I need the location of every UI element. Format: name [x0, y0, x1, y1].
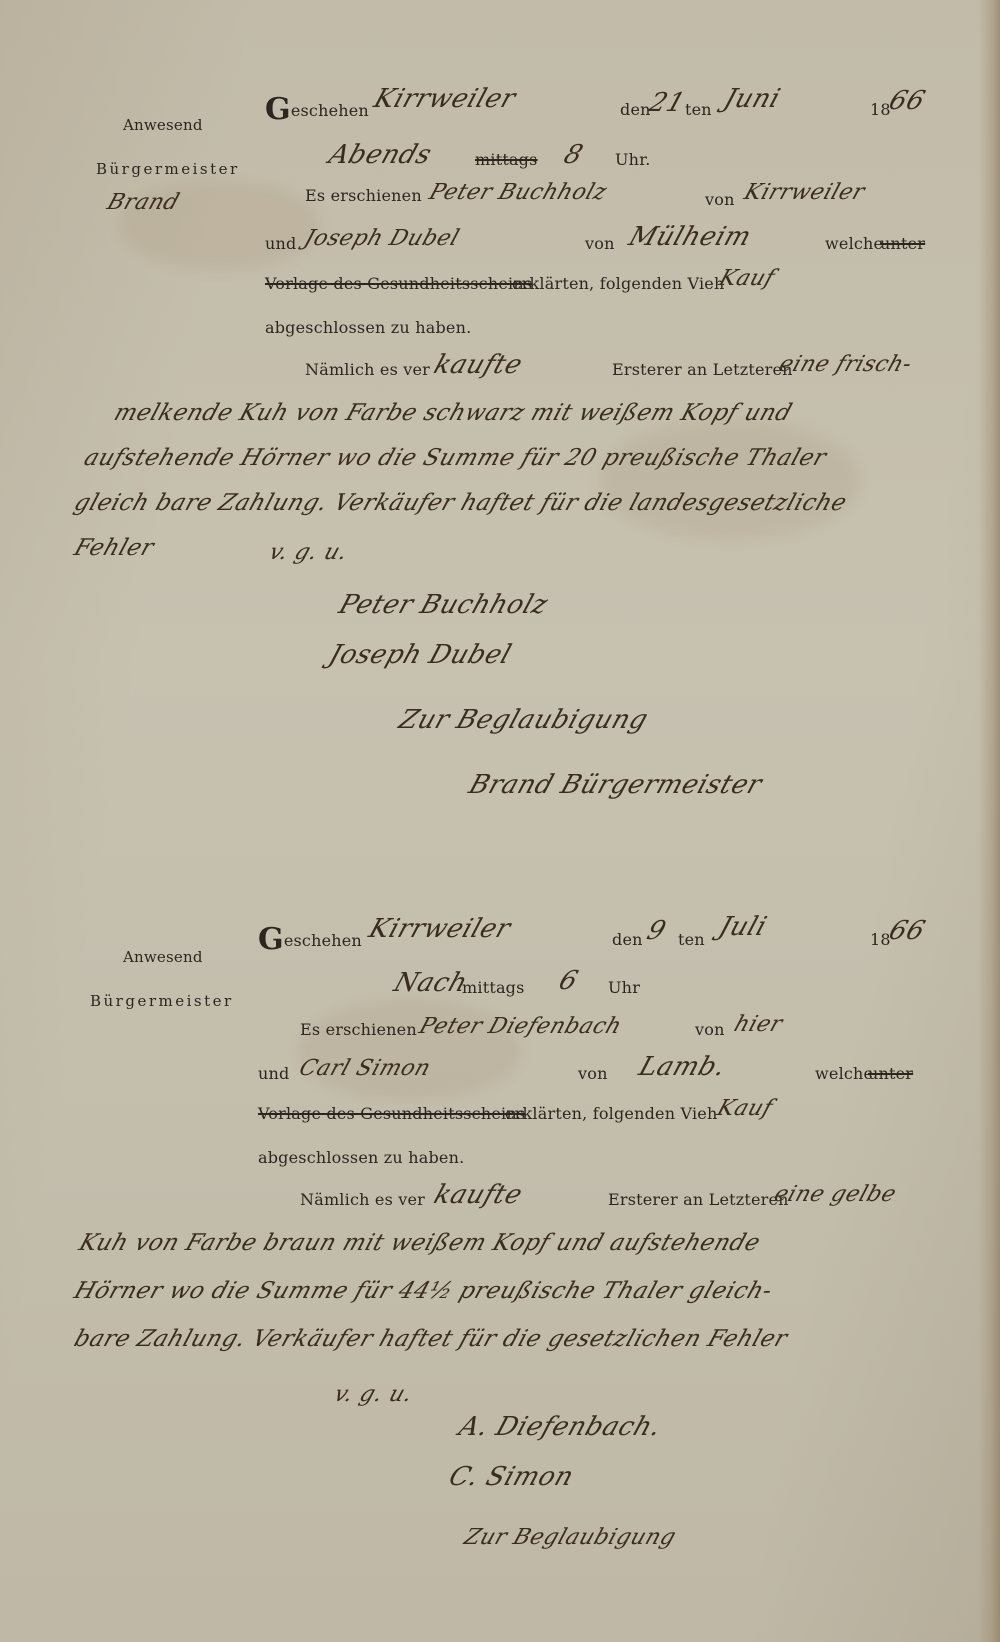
mittags-struck: mittags	[475, 150, 538, 169]
den-label: den	[612, 930, 643, 949]
day-handwritten: 9	[643, 916, 670, 946]
signature-attestation: Zur Beglaubigung	[461, 1525, 679, 1550]
body-line-1: melkende Kuh von Farbe schwarz mit weiße…	[111, 400, 796, 426]
body-line-4: Fehler	[71, 535, 158, 561]
person1-place-handwritten: hier	[731, 1012, 786, 1037]
paper-stain	[600, 420, 860, 540]
vorlage-struck: Vorlage des Gesundheitsscheins	[258, 1104, 525, 1123]
verb-handwritten: kaufte	[430, 350, 526, 380]
von-label-2: von	[578, 1064, 608, 1083]
month-handwritten: Juli	[715, 912, 771, 942]
welche-label: welche	[815, 1064, 873, 1083]
signature-2: C. Simon	[445, 1462, 577, 1492]
signature-1: Peter Buchholz	[335, 590, 552, 620]
body-start-handwritten: eine gelbe	[771, 1182, 900, 1207]
document-page: Anwesend Bürgermeister Brand Geschehen K…	[0, 0, 1000, 1642]
margin-mayor-name: Brand	[104, 190, 183, 215]
uhr-label: Uhr	[608, 978, 640, 997]
body-line-2: Hörner wo die Summe für 44½ preußische T…	[71, 1278, 776, 1304]
ten-label: ten	[678, 930, 705, 949]
closing-vgu: v. g. u.	[266, 540, 351, 565]
month-handwritten: Juni	[720, 84, 784, 114]
person1-place-handwritten: Kirrweiler	[741, 180, 868, 205]
vorlage-struck: Vorlage des Gesundheitsscheins	[265, 274, 532, 293]
body-line-3: gleich bare Zahlung. Verkäufer haftet fü…	[71, 490, 850, 516]
ersterer-label: Ersterer an Letzteren	[612, 360, 793, 379]
von-label-1: von	[695, 1020, 725, 1039]
body-start-handwritten: eine frisch-	[776, 352, 915, 377]
person2-place-handwritten: Lamb.	[635, 1052, 730, 1082]
closing-vgu: v. g. u.	[331, 1382, 416, 1407]
person1-handwritten: Peter Buchholz	[426, 180, 610, 205]
hour-handwritten: 6	[555, 966, 582, 996]
und-label: und	[265, 234, 296, 253]
person2-place-handwritten: Mülheim	[625, 222, 755, 252]
place-handwritten: Kirrweiler	[365, 914, 514, 944]
year-suffix-handwritten: 66	[885, 86, 929, 116]
geschehen-label: Geschehen	[265, 92, 369, 127]
year-suffix-handwritten: 66	[885, 916, 929, 946]
geschehen-label: Geschehen	[258, 922, 362, 957]
erklaerten-label: erklärten, folgenden Vieh	[505, 1104, 717, 1123]
margin-present-label: Anwesend	[123, 116, 203, 134]
erklaerten-label: erklärten, folgenden Vieh	[512, 274, 724, 293]
abgeschlossen-label: abgeschlossen zu haben.	[265, 318, 471, 337]
time-of-day-handwritten: Abends	[325, 140, 435, 170]
person1-handwritten: Peter Diefenbach	[416, 1014, 625, 1039]
naemlich-label: Nämlich es ver	[300, 1190, 425, 1209]
naemlich-label: Nämlich es ver	[305, 360, 430, 379]
von-label-2: von	[585, 234, 615, 253]
welche-label: welche	[825, 234, 883, 253]
vieh-type-handwritten: Kauf	[714, 1096, 776, 1121]
body-line-3: bare Zahlung. Verkäufer haftet für die g…	[71, 1326, 791, 1352]
ersterer-label: Ersterer an Letzteren	[608, 1190, 789, 1209]
unter-struck: unter	[880, 234, 925, 253]
day-handwritten: 21	[645, 88, 689, 118]
und-label: und	[258, 1064, 289, 1083]
abgeschlossen-label: abgeschlossen zu haben.	[258, 1148, 464, 1167]
body-line-1: Kuh von Farbe braun mit weißem Kopf und …	[76, 1230, 764, 1256]
uhr-label: Uhr.	[615, 150, 651, 169]
margin-present-label: Anwesend	[123, 948, 203, 966]
page-edge-shadow	[978, 0, 1000, 1642]
mittags-label: mittags	[462, 978, 525, 997]
person2-handwritten: Joseph Dubel	[301, 226, 463, 251]
es-erschienen-label: Es erschienen	[300, 1020, 417, 1039]
signature-1: A. Diefenbach.	[455, 1412, 665, 1442]
vieh-type-handwritten: Kauf	[716, 266, 778, 291]
place-handwritten: Kirrweiler	[370, 84, 519, 114]
unter-struck: unter	[868, 1064, 913, 1083]
es-erschienen-label: Es erschienen	[305, 186, 422, 205]
ten-label: ten	[685, 100, 712, 119]
signature-2: Joseph Dubel	[325, 640, 515, 670]
signature-attestation: Zur Beglaubigung	[395, 705, 652, 735]
time-prefix-handwritten: Nach	[390, 968, 471, 998]
von-label-1: von	[705, 190, 735, 209]
hour-handwritten: 8	[560, 140, 587, 170]
person2-handwritten: Carl Simon	[296, 1056, 434, 1081]
verb-handwritten: kaufte	[430, 1180, 526, 1210]
margin-mayor-label: Bürgermeister	[90, 992, 234, 1010]
body-line-2: aufstehende Hörner wo die Summe für 20 p…	[81, 445, 830, 471]
signature-mayor: Brand Bürgermeister	[465, 770, 766, 800]
margin-mayor-label: Bürgermeister	[96, 160, 240, 178]
